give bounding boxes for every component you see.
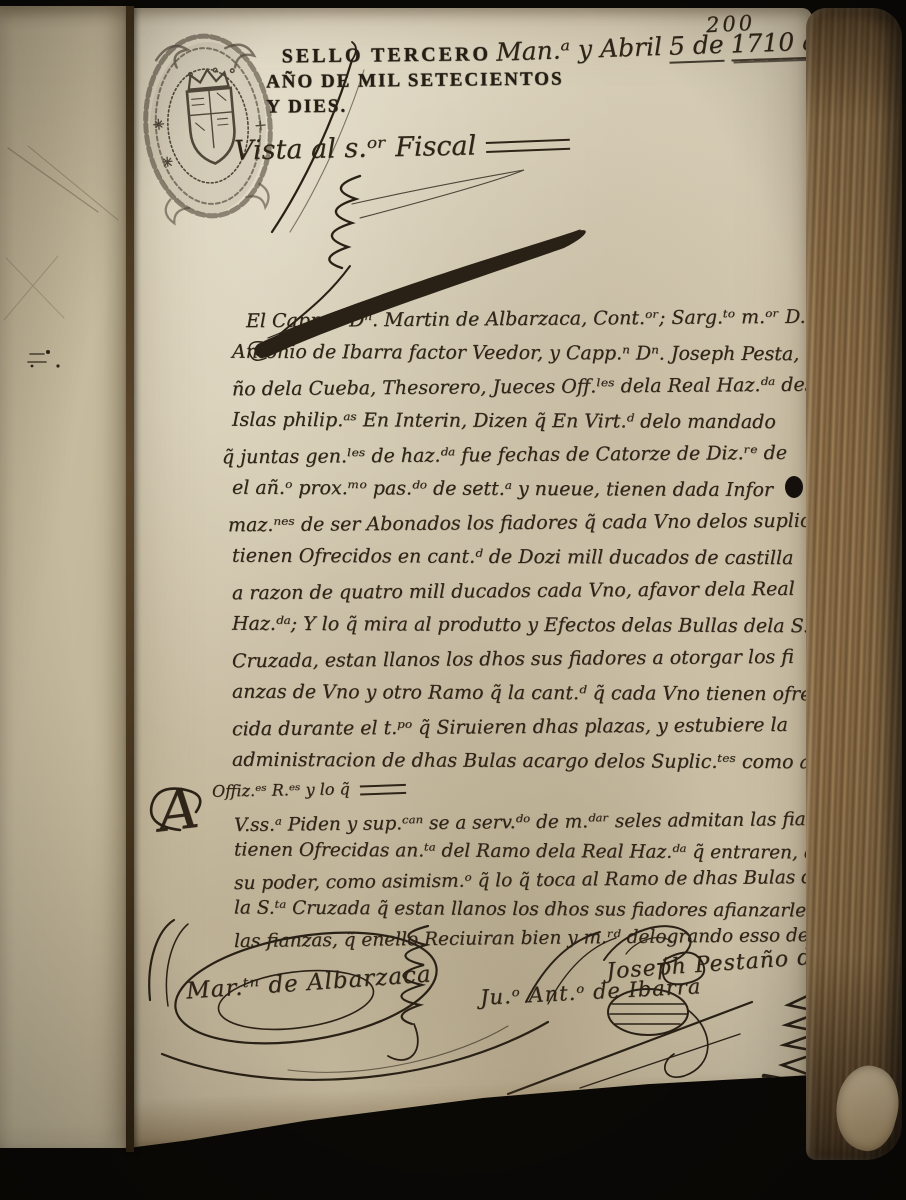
manuscript-page: SELLO TERCERO AÑO DE MIL SETECIENTOS Y D…: [128, 8, 812, 1148]
manuscript-line: el añ.ᵒ prox.ᵐᵒ pas.ᵈᵒ de sett.ᵃ y nueue…: [232, 471, 814, 508]
manuscript-line: Haz.ᵈᵃ; Y lo q̃ mira al produtto y Efect…: [232, 607, 814, 644]
petition-initial-letter: A: [154, 776, 202, 845]
body-text: El Capp.ᵃⁿ Dⁿ. Martin de Albarzaca, Cont…: [232, 302, 814, 778]
manuscript-line: V.ss.ᵃ Piden y sup.ᶜᵃⁿ se a serv.ᵈᵒ de m…: [234, 805, 818, 840]
double-dash-flourish: [360, 783, 406, 795]
decree-text: Vista al s.ᵒʳ Fiscal: [234, 130, 477, 166]
manuscript-line: tienen Ofrecidas an.ᵗᵃ del Ramo dela Rea…: [234, 835, 818, 867]
previous-page-edge: [0, 6, 130, 1148]
stamp-line-3: Y DIES.: [266, 93, 564, 118]
manuscript-line: Islas philip.ᵃˢ En Interin, Dizen q̃ En …: [232, 403, 814, 440]
page-bottom-grime: [115, 1068, 826, 1174]
manuscript-line: su poder, como asimism.ᵒ q̃ lo q̃ toca a…: [234, 863, 818, 898]
double-dash-flourish: [486, 139, 570, 153]
manuscript-line: q̃ juntas gen.ˡᵉˢ de haz.ᵈᵃ fue fechas d…: [222, 436, 814, 475]
manuscript-line: administracion de dhas Bulas acargo delo…: [232, 743, 814, 780]
manuscript-line: El Capp.ᵃⁿ Dⁿ. Martin de Albarzaca, Cont…: [232, 300, 814, 339]
manuscript-line: a razon de quatro mill ducados cada Vno,…: [232, 572, 814, 611]
interlined-line: Offiz.ᵉˢ R.ᵉˢ y lo q̃: [212, 778, 406, 800]
petition-text: V.ss.ᵃ Piden y sup.ᶜᵃⁿ se a serv.ᵈᵒ de m…: [234, 808, 818, 953]
date-line: Man.ᵃ y Abril5 de1710 a.: [496, 26, 826, 66]
signature-albarzaca: Mar.ᵗⁿ de Albarzaca: [185, 961, 432, 1004]
manuscript-line: maz.ⁿᵉˢ de ser Abonados los fiadores q̃ …: [228, 504, 814, 543]
manuscript-line: ño dela Cueba, Thesorero, Jueces Off.ˡᵉˢ…: [232, 368, 814, 407]
decree-line: Vista al s.ᵒʳ Fiscal: [234, 128, 571, 166]
manuscript-line: Antonio de Ibarra factor Veedor, y Capp.…: [232, 335, 814, 372]
book-gutter: [126, 6, 134, 1152]
manuscript-line: la S.ᵗᵃ Cruzada q̃ estan llanos los dhos…: [234, 893, 818, 925]
manuscript-line: anzas de Vno y otro Ramo q̃ la cant.ᵈ q̃…: [232, 675, 814, 712]
book-fore-edge: [806, 8, 902, 1160]
manuscript-line: cida durante el t.ᵖᵒ q̃ Siruieren dhas p…: [232, 708, 814, 747]
stamp-line-2: AÑO DE MIL SETECIENTOS: [266, 68, 564, 93]
date-day: 5 de: [668, 30, 724, 64]
manuscript-photo: SELLO TERCERO AÑO DE MIL SETECIENTOS Y D…: [0, 0, 906, 1200]
interlined-text: Offiz.ᵉˢ R.ᵉˢ y lo q̃: [212, 779, 350, 800]
sliver-scratches: [0, 6, 130, 1148]
manuscript-line: Cruzada, estan llanos los dhos sus fiado…: [232, 640, 814, 679]
seal-smudge: [150, 42, 266, 214]
date-place-month: Man.ᵃ y Abril: [496, 32, 663, 67]
royal-coat-of-arms-seal-stamp: [136, 28, 286, 228]
manuscript-line: tienen Ofrecidos en cant.ᵈ de Dozi mill …: [232, 539, 814, 576]
